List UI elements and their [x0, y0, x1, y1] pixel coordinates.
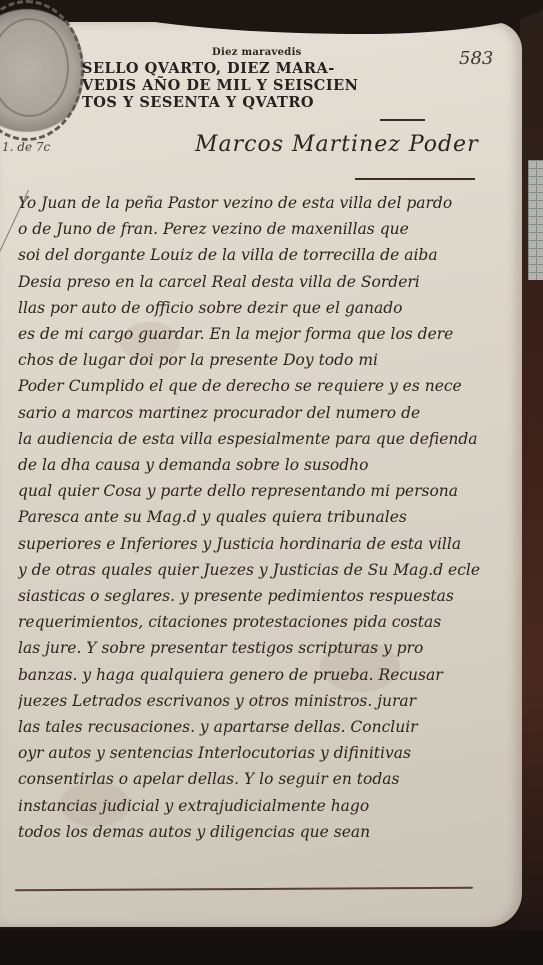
body-line: chos de lugar doi por la presente Doy to…	[18, 347, 488, 373]
body-line: llas por auto de officio sobre dezir que…	[18, 295, 488, 321]
body-line: las tales recusaciones. y apartarse dell…	[18, 714, 488, 740]
stamp-line: SELLO QVARTO, DIEZ MARA-	[82, 60, 427, 77]
body-line: Poder Cumplido el que de derecho se requ…	[18, 373, 488, 399]
body-line: soi del dorgante Louiz de la villa de to…	[18, 242, 488, 268]
body-line: o de Juno de fran. Perez vezino de maxen…	[18, 216, 488, 242]
body-line: siasticas o seglares. y presente pedimie…	[18, 583, 488, 609]
stamp-header-small: Diez maravedis	[212, 47, 302, 58]
body-line: superiores e Inferiores y Justicia hordi…	[18, 531, 488, 557]
body-line: las jure. Y sobre presentar testigos scr…	[18, 635, 488, 661]
stamp-line: VEDIS AÑO DE MIL Y SEISCIEN	[82, 77, 427, 94]
title-underline	[355, 178, 475, 180]
stamp-rule	[380, 119, 425, 121]
body-line: es de mi cargo guardar. En la mejor form…	[18, 321, 488, 347]
body-line: requerimientos, citaciones protestacione…	[18, 609, 488, 635]
body-line: juezes Letrados escrivanos y otros minis…	[18, 688, 488, 714]
body-line: Paresca ante su Mag.d y quales quiera tr…	[18, 504, 488, 530]
body-line: sario a marcos martinez procurador del n…	[18, 400, 488, 426]
stamp-line: TOS Y SESENTA Y QVATRO	[82, 94, 427, 111]
body-line: oyr autos y sentencias Interlocutorias y…	[18, 740, 488, 766]
stamped-paper-header: SELLO QVARTO, DIEZ MARA- VEDIS AÑO DE MI…	[82, 60, 427, 111]
page-bottom-shadow	[0, 930, 543, 965]
body-line: de la dha causa y demanda sobre lo susod…	[18, 452, 488, 478]
body-line: Desia preso en la carcel Real desta vill…	[18, 269, 488, 295]
body-line: Yo Juan de la peña Pastor vezino de esta…	[18, 190, 488, 216]
background-right	[520, 0, 543, 965]
manuscript-body: Yo Juan de la peña Pastor vezino de esta…	[18, 190, 488, 845]
body-line: instancias judicial y extrajudicialmente…	[18, 793, 488, 819]
body-line: la audiencia de esta villa espesialmente…	[18, 426, 488, 452]
graph-paper-strip	[528, 160, 543, 280]
margin-note: 1. de 7c	[2, 140, 50, 154]
document-title: Marcos Martinez Poder	[195, 132, 479, 157]
body-line: todos los demas autos y diligencias que …	[18, 819, 488, 845]
body-line: qual quier Cosa y parte dello representa…	[18, 478, 488, 504]
body-line: consentirlas o apelar dellas. Y lo segui…	[18, 766, 488, 792]
folio-number: 583	[459, 48, 493, 69]
body-line: y de otras quales quier Juezes y Justici…	[18, 557, 488, 583]
body-line: banzas. y haga qualquiera genero de prue…	[18, 662, 488, 688]
